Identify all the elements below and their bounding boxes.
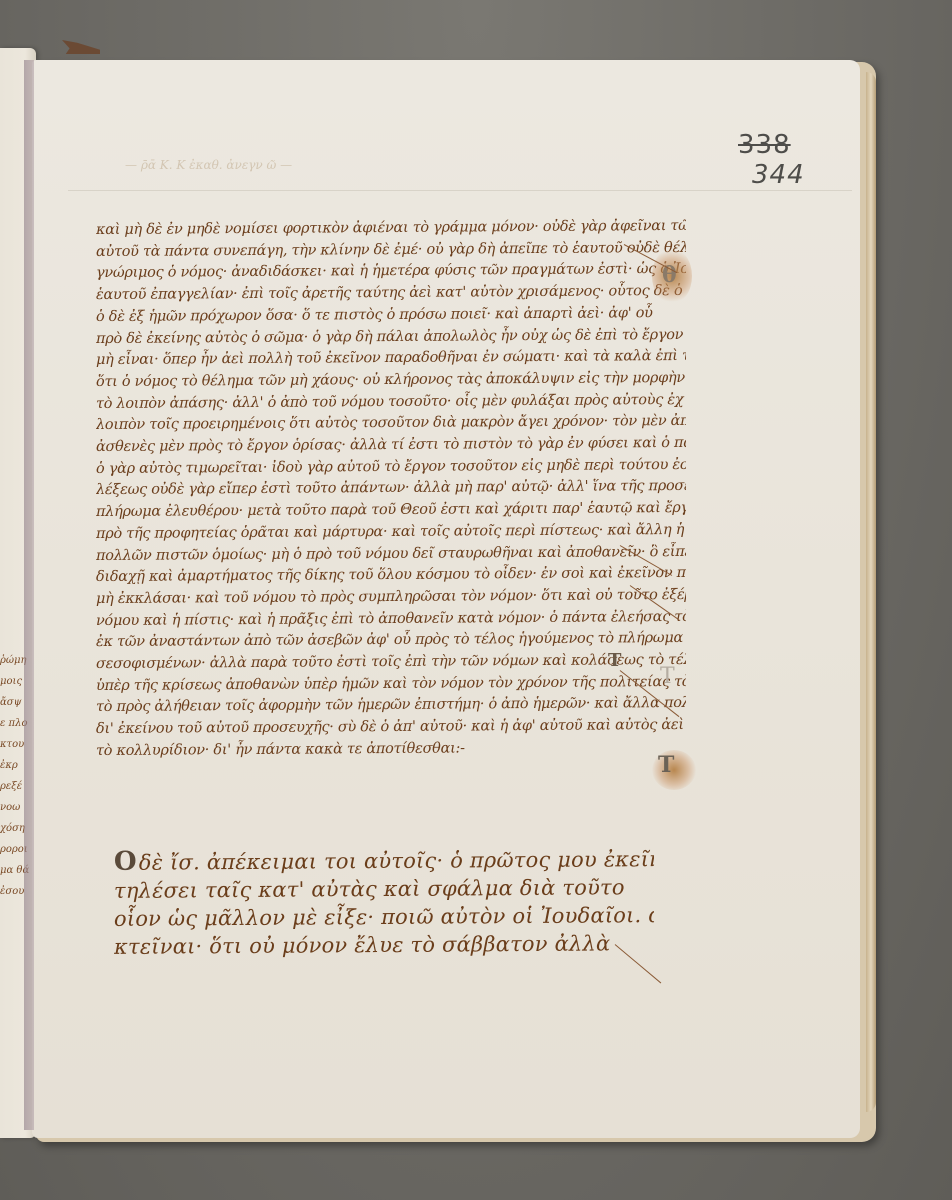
lemma-text: Οδὲ ἴσ. ἀπέκειμαι τοι αὐτοῖς· ὁ πρῶτος μ… <box>114 846 654 959</box>
initial-letter: Ο <box>114 848 137 876</box>
folio-numbers: 338 344 <box>738 130 805 190</box>
lemma-line: κτεῖναι· ὅτι οὐ μόνον ἔλυε τὸ σάββατον ἀ… <box>114 929 654 961</box>
lemma-line: τηλέσει ταῖς κατ' αὐτὰς καὶ σφάλμα διὰ τ… <box>114 873 654 905</box>
folio-number-old: 338 <box>738 130 805 160</box>
lemma-line: Οδὲ ἴσ. ἀπέκειμαι τοι αὐτοῖς· ὁ πρῶτος μ… <box>114 844 654 877</box>
lemma-line: οἷον ὡς μᾶλλον μὲ εἶξε· ποιῶ αὐτὸν οἱ Ἰο… <box>114 901 654 933</box>
commentary-text: καὶ μὴ δὲ ἐν μηδὲ νομίσει φορτικὸν ἀφιέν… <box>96 218 686 761</box>
ruling-line <box>68 190 852 191</box>
lemma-line-text: δὲ ἴσ. ἀπέκειμαι τοι αὐτοῖς· ὁ πρῶτος μο… <box>139 847 654 875</box>
gutter-stain <box>24 60 34 1130</box>
fore-edge <box>866 72 876 1112</box>
margin-tau-stained: Τ <box>658 752 674 778</box>
margin-tau-faint: Τ <box>660 664 675 689</box>
offset-ghost-text: — ρ̄ᾱ Κ. Κ ἐκαθ. ἀνεγν ῶ — <box>125 158 292 172</box>
folio-number-new: 344 <box>752 160 805 190</box>
inline-tau-mark: Τ <box>608 650 621 671</box>
text-line: τὸ κολλυρίδιον· δι' ἦν πάντα κακὰ τε ἀπο… <box>96 737 686 763</box>
